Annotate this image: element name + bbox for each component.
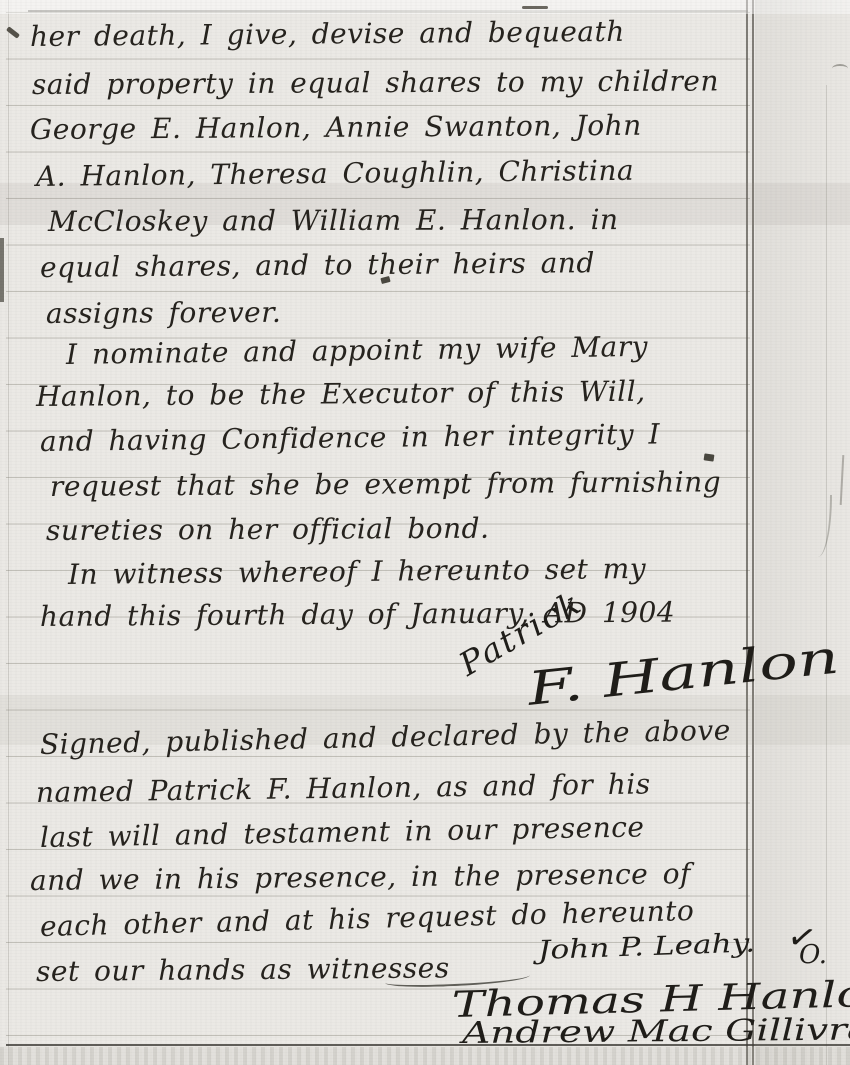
scan-shade-band (0, 1047, 850, 1065)
will-line: request that she be exempt from furnishi… (50, 467, 721, 502)
will-line: McCloskey and William E. Hanlon. in (48, 205, 619, 238)
top-edge-line (28, 10, 748, 12)
letter-o-mark: O. (799, 940, 827, 970)
scanned-will-page: her death, I give, devise and bequeath s… (0, 0, 850, 1065)
pen-squiggle (832, 64, 848, 73)
ink-speck (704, 453, 715, 461)
attestation-line: set our hands as witnesses (36, 953, 450, 987)
outer-faint-rule (826, 85, 827, 1065)
will-line: assigns forever. (46, 298, 282, 330)
will-line: George E. Hanlon, Annie Swanton, John (30, 111, 642, 146)
right-margin-double-rule (746, 0, 754, 1065)
scan-shade-band (755, 0, 850, 1065)
will-line: A. Hanlon, Theresa Coughlin, Christina (36, 156, 634, 193)
will-line: Hanlon, to be the Executor of this Will, (36, 377, 646, 413)
ink-blot (0, 238, 4, 302)
will-line: sureties on her official bond. (46, 514, 490, 547)
ink-blot (522, 6, 548, 9)
will-line: said property in equal shares to my chil… (32, 66, 719, 100)
pen-squiggle (818, 495, 832, 557)
will-line: her death, I give, devise and bequeath (30, 17, 625, 53)
witness-signature-andrew: Andrew Mac Gillivray (462, 1012, 850, 1051)
will-line: In witness whereof I hereunto set my (68, 554, 646, 591)
will-line: equal shares, and to their heirs and (40, 248, 595, 284)
pen-squiggle (840, 455, 845, 505)
left-margin-rule (8, 0, 9, 1065)
